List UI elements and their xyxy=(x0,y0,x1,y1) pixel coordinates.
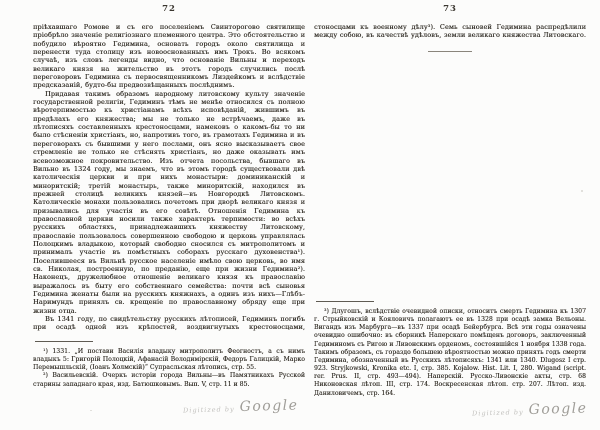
page-72: 72 пріѣхавшаго Ромове и съ его поселеніе… xyxy=(33,4,305,428)
page-number: 72 xyxy=(33,4,305,14)
page-73: 73 стоносцами къ военному дѣлу³). Семь с… xyxy=(314,4,586,428)
page-number: 73 xyxy=(314,4,586,14)
footnotes: ³) Длугошъ, вслѣдствіе очевидной описки,… xyxy=(314,308,586,398)
watermark-prefix: Digitized by xyxy=(183,405,235,414)
google-watermark: Digitized by Google xyxy=(472,397,588,419)
footnote: ¹) 1331. „И постави Василія владыку митр… xyxy=(33,348,305,372)
paragraph: Придавая такимъ образомъ народному литов… xyxy=(33,90,305,315)
watermark-prefix: Digitized by xyxy=(472,408,524,417)
google-logo-watermark: Google xyxy=(239,397,298,415)
paragraph: пріѣхавшаго Ромове и съ его поселеніемъ … xyxy=(33,23,305,90)
book-scan-spread: 72 пріѣхавшаго Ромове и съ его поселеніе… xyxy=(0,0,600,430)
paragraph: стоносцами къ военному дѣлу³). Семь сыно… xyxy=(314,23,586,40)
body-text: стоносцами къ военному дѣлу³). Семь сыно… xyxy=(314,23,586,40)
footnote: ³) Длугошъ, вслѣдствіе очевидной описки,… xyxy=(314,308,586,398)
paragraph: Въ 1341 году, по свидѣтельству русскихъ … xyxy=(33,315,305,331)
footnotes: ¹) 1331. „И постави Василія владыку митр… xyxy=(33,348,305,389)
body-text: пріѣхавшаго Ромове и съ его поселеніемъ … xyxy=(33,23,305,331)
footnote: ²) Васильевскій. Очеркъ исторіи города В… xyxy=(33,372,305,388)
scan-speck xyxy=(581,190,583,192)
scan-speck xyxy=(90,410,92,411)
scan-speck xyxy=(300,150,301,151)
chapter-end-separator xyxy=(428,51,472,52)
google-logo-watermark: Google xyxy=(528,400,587,418)
google-watermark: Digitized by Google xyxy=(183,394,299,416)
footnote-separator xyxy=(316,301,374,302)
footnote-separator xyxy=(35,341,93,342)
